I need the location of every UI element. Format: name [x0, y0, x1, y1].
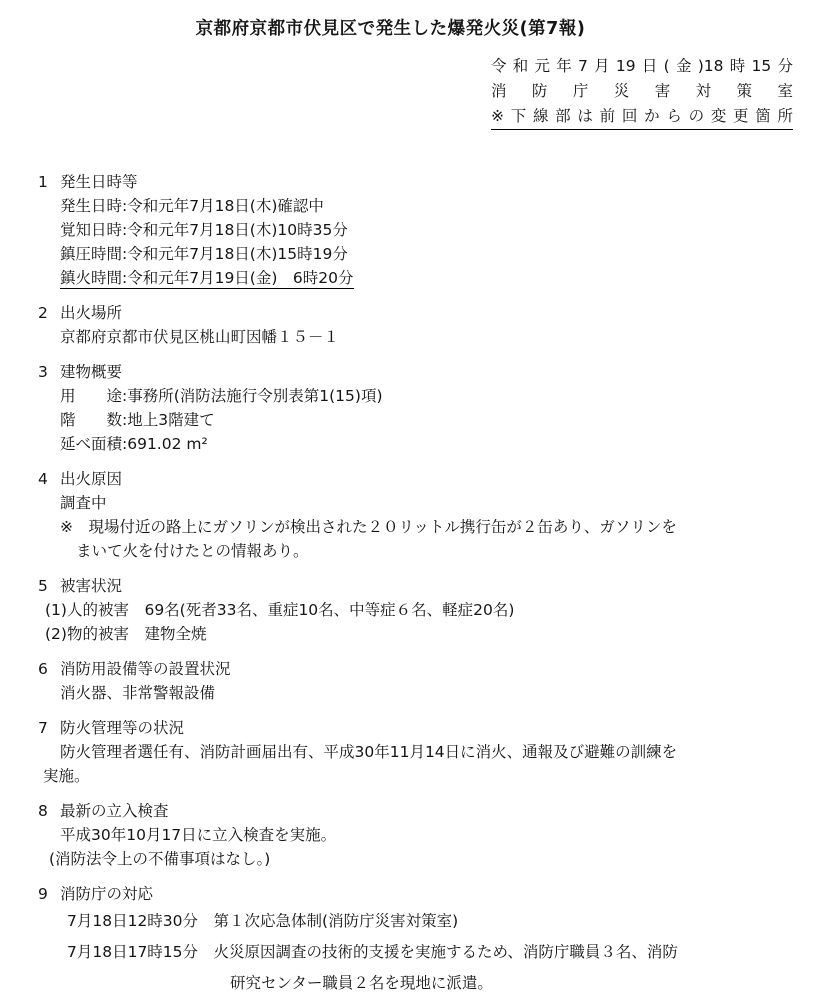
page-title: 京都府京都市伏見区で発生した爆発火災(第7報): [0, 0, 817, 42]
fire-management-continuation-line: 実施。: [43, 764, 817, 788]
header-block: 令和元年7月19日(金)18時15分 消防庁災害対策室 ※下線部は前回からの変更…: [491, 54, 793, 130]
section-heading: 発生日時等: [60, 170, 817, 194]
section-heading-row: 3 建物概要: [0, 360, 817, 384]
section-5-damage: 5 被害状況 (1)人的被害 69名(死者33名、重症10名、中等症６名、軽症2…: [0, 574, 817, 646]
section-heading-row: 4 出火原因: [0, 467, 817, 491]
section-number: 9: [38, 882, 60, 906]
section-heading: 被害状況: [60, 574, 817, 598]
cause-status-line: 調査中: [60, 491, 817, 515]
inspection-date-line: 平成30年10月17日に立入検査を実施。: [60, 823, 817, 847]
section-6-equipment: 6 消防用設備等の設置状況 消火器、非常警報設備: [0, 657, 817, 705]
section-heading: 建物概要: [60, 360, 817, 384]
equipment-list-line: 消火器、非常警報設備: [60, 681, 817, 705]
section-4-cause: 4 出火原因 調査中 ※ 現場付近の路上にガソリンが検出された２０リットル携行缶…: [0, 467, 817, 563]
section-heading: 消防用設備等の設置状況: [60, 657, 817, 681]
section-heading: 消防庁の対応: [60, 882, 817, 906]
ignition-datetime-line: 発生日時:令和元年7月18日(木)確認中: [60, 194, 817, 218]
response-second-line: 7月18日17時15分 火災原因調査の技術的支援を実施するため、消防庁職員３名、…: [67, 937, 817, 968]
report-datetime: 令和元年7月19日(金)18時15分: [491, 54, 793, 79]
section-number: 7: [38, 716, 60, 740]
section-number: 6: [38, 657, 60, 681]
section-heading: 最新の立入検査: [60, 799, 817, 823]
response-first-line: 7月18日12時30分 第１次応急体制(消防庁災害対策室): [67, 906, 817, 937]
section-number: 4: [38, 467, 60, 491]
revision-note: ※下線部は前回からの変更箇所: [491, 104, 793, 130]
response-second-continuation-line: 研究センター職員２名を現地に派遣。: [230, 968, 817, 998]
document-page: 京都府京都市伏見区で発生した爆発火災(第7報) 令和元年7月19日(金)18時1…: [0, 0, 817, 998]
section-heading: 防火管理等の状況: [60, 716, 817, 740]
fire-location-address: 京都府京都市伏見区桃山町因幡１５－１: [60, 325, 817, 349]
section-heading-row: 8 最新の立入検査: [0, 799, 817, 823]
section-heading-row: 2 出火場所: [0, 301, 817, 325]
fire-management-detail-line: 防火管理者選任有、消防計画届出有、平成30年11月14日に消火、通報及び避難の訓…: [60, 740, 817, 764]
section-number: 5: [38, 574, 60, 598]
inspection-note-line: (消防法令上の不備事項はなし。): [49, 847, 817, 871]
section-7-fire-management: 7 防火管理等の状況 防火管理者選任有、消防計画届出有、平成30年11月14日に…: [0, 716, 817, 788]
gasoline-note-line: ※ 現場付近の路上にガソリンが検出された２０リットル携行缶が２缶あり、ガソリンを: [60, 515, 817, 539]
section-number: 3: [38, 360, 60, 384]
building-floors-line: 階 数:地上3階建て: [60, 408, 817, 432]
section-heading: 出火原因: [60, 467, 817, 491]
section-1-datetime: 1 発生日時等 発生日時:令和元年7月18日(木)確認中 覚知日時:令和元年7月…: [0, 170, 817, 290]
extinguishment-time-underlined-text: 鎮火時間:令和元年7月19日(金) 6時20分: [60, 269, 354, 289]
detection-datetime-line: 覚知日時:令和元年7月18日(木)10時35分: [60, 218, 817, 242]
extinguishment-time-line: 鎮火時間:令和元年7月19日(金) 6時20分: [60, 266, 817, 290]
section-9-fdma-response: 9 消防庁の対応 7月18日12時30分 第１次応急体制(消防庁災害対策室) 7…: [0, 882, 817, 998]
section-number: 8: [38, 799, 60, 823]
section-2-location: 2 出火場所 京都府京都市伏見区桃山町因幡１５－１: [0, 301, 817, 349]
issuing-department: 消防庁災害対策室: [491, 79, 793, 104]
property-damage-line: (2)物的被害 建物全焼: [45, 622, 817, 646]
section-number: 1: [38, 170, 60, 194]
building-use-line: 用 途:事務所(消防法施行令別表第1(15)項): [60, 384, 817, 408]
section-heading-row: 9 消防庁の対応: [0, 882, 817, 906]
section-heading: 出火場所: [60, 301, 817, 325]
section-number: 2: [38, 301, 60, 325]
building-total-area-line: 延べ面積:691.02 m²: [60, 432, 817, 456]
section-3-building: 3 建物概要 用 途:事務所(消防法施行令別表第1(15)項) 階 数:地上3階…: [0, 360, 817, 456]
section-8-inspection: 8 最新の立入検査 平成30年10月17日に立入検査を実施。 (消防法令上の不備…: [0, 799, 817, 871]
section-heading-row: 1 発生日時等: [0, 170, 817, 194]
human-damage-line: (1)人的被害 69名(死者33名、重症10名、中等症６名、軽症20名): [45, 598, 817, 622]
section-heading-row: 7 防火管理等の状況: [0, 716, 817, 740]
suppression-time-line: 鎮圧時間:令和元年7月18日(木)15時19分: [60, 242, 817, 266]
section-heading-row: 6 消防用設備等の設置状況: [0, 657, 817, 681]
section-heading-row: 5 被害状況: [0, 574, 817, 598]
gasoline-note-continuation-line: まいて火を付けたとの情報あり。: [76, 539, 817, 563]
sections-container: 1 発生日時等 発生日時:令和元年7月18日(木)確認中 覚知日時:令和元年7月…: [0, 170, 817, 998]
